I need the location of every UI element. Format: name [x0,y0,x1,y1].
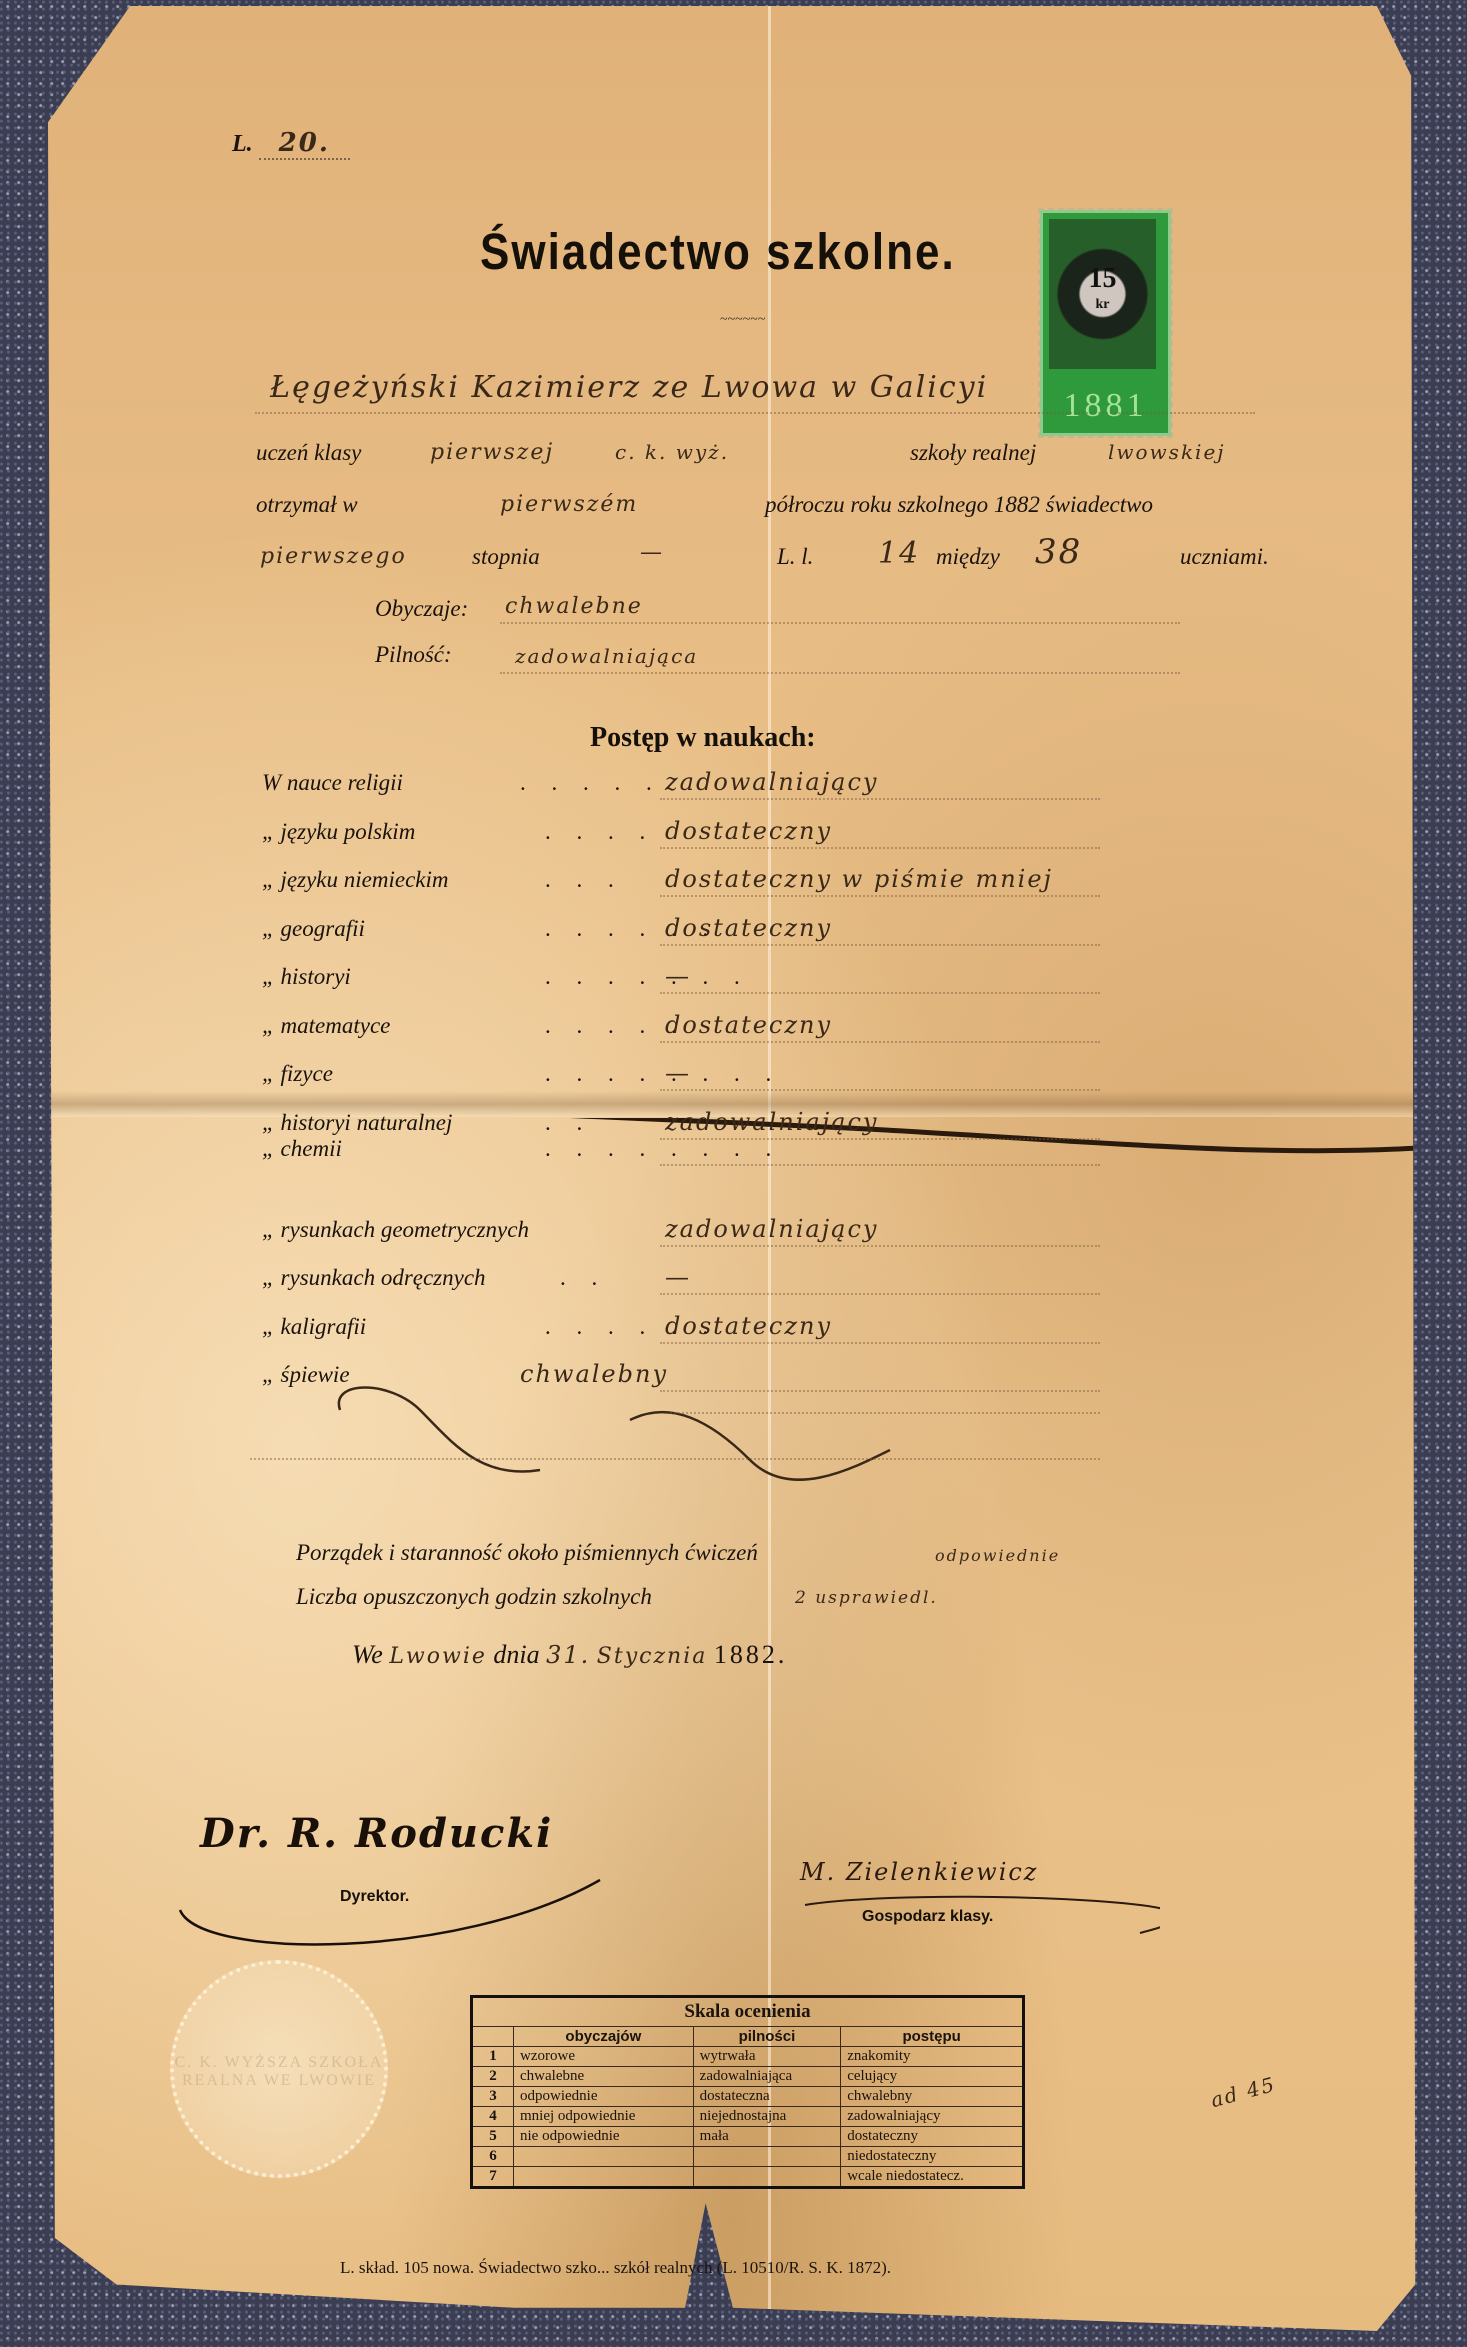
grading-scale-row: 2chwalebnezadowalniającacelujący [472,2067,1024,2087]
subject-grade: dostateczny [665,817,832,845]
scale-cell-conduct: nie odpowiednie [514,2127,694,2147]
dot-leader: . . . . [545,819,655,845]
subject-grade: dostateczny [665,1312,832,1340]
dotted-rule [250,1458,1100,1460]
subject-label: „ chemii [262,1136,342,1162]
scale-cell-diligence: zadowalniająca [693,2067,841,2087]
reference-label: L. [232,131,253,157]
grading-scale-row: 3odpowiedniedostatecznachwalebny [472,2087,1024,2107]
signature-flourish [160,1860,630,1970]
dot-leader: . . . . . . . . [545,1136,781,1162]
scale-cell-progress: chwalebny [841,2087,1024,2107]
stamp-year: 1881 [1043,387,1168,425]
scale-cell-num: 1 [472,2047,514,2067]
page-title: Świadectwo szkolne. [480,224,956,282]
subject-label: „ historyi naturalnej [262,1110,452,1136]
subject-label: „ geografii [262,916,365,942]
print-footer: L. skład. 105 nowa. Świadectwo szko... s… [340,2258,891,2278]
dotted-rule [670,1412,1100,1414]
scale-cell-progress: znakomity [841,2047,1024,2067]
scale-cell-conduct: mniej odpowiednie [514,2107,694,2127]
scale-cell-conduct: wzorowe [514,2047,694,2067]
title-divider: ~~~~~~ [720,312,765,328]
progress-column-header: postępu [841,2027,1024,2047]
degree-label: stopnia [472,544,540,570]
subject-grade: zadowalniający [665,768,878,796]
scale-cell-num: 6 [472,2147,514,2167]
subject-grade: dostateczny w piśmie mniej [665,865,1053,893]
subject-label: „ języku polskim [262,819,415,845]
students-label: uczniami. [1180,544,1269,570]
scale-cell-conduct [514,2147,694,2167]
missed-hours-label: Liczba opuszczonych godzin szkolnych [296,1584,652,1610]
dotted-rule [660,1342,1100,1344]
subject-grade: zadowalniający [665,1215,878,1243]
place-date: We Lwowie dnia 31. Stycznia 1882. [352,1640,787,1670]
scale-cell-progress: zadowalniający [841,2107,1024,2127]
subject-grade: — [665,1059,691,1087]
dotted-rule [660,1245,1100,1247]
subject-grade: zadowalniający [665,1108,878,1136]
dotted-rule [660,1293,1100,1295]
semester-value: pierwszém [500,492,638,517]
scale-cell-diligence: dostateczna [693,2087,841,2107]
order-neatness-label: Porządek i staranność około piśmiennych … [296,1540,758,1566]
subject-grade: — [665,1263,691,1291]
scale-cell-num: 4 [472,2107,514,2127]
student-name: Łęgeżyński Kazimierz ze Lwowa w Galicyi [270,370,988,405]
scale-cell-num: 2 [472,2067,514,2087]
degree-value: pierwszego [260,544,407,569]
dotted-rule [660,992,1100,994]
subject-label: „ historyi [262,964,351,990]
embossed-seal-icon: C. K. WYŻSZA SZKOŁA REALNA WE LWOWIE [170,1960,388,2178]
semester-label: półroczu roku szkolnego 1882 świadectwo [765,492,1153,518]
director-signature: Dr. R. Roducki [200,1810,553,1857]
scale-cell-diligence [693,2167,841,2188]
subject-grade: — [665,962,691,990]
conduct-label: Obyczaje: [375,596,468,622]
scale-cell-diligence: mała [693,2127,841,2147]
stamp-value: 15 [1049,263,1156,295]
order-neatness-value: odpowiednie [935,1546,1060,1565]
grading-scale-table: Skala ocenienia obyczajów pilności postę… [470,1995,1025,2189]
subject-label: „ języku niemieckim [262,867,448,893]
teacher-signature: M. Zielenkiewicz [800,1858,1038,1886]
scale-cell-progress: wcale niedostatecz. [841,2167,1024,2188]
reference-number: L. 20. [232,128,350,158]
diligence-value: zadowalniająca [515,644,698,668]
date-day: 31. [546,1641,590,1669]
dotted-rule [660,944,1100,946]
class-label: uczeń klasy [256,440,361,466]
dotted-rule [660,1164,1100,1166]
number-column-header [472,2027,514,2047]
dot-leader: . . . . . . . [545,964,750,990]
scale-cell-conduct: odpowiednie [514,2087,694,2107]
scale-cell-progress: dostateczny [841,2127,1024,2147]
dot-leader: . . [545,1110,592,1136]
school-city-value: lwowskiej [1108,440,1226,464]
scale-cell-progress: celujący [841,2067,1024,2087]
diligence-label: Pilność: [375,642,452,668]
grading-scale-row: 1wzorowewytrwałaznakomity [472,2047,1024,2067]
date-year: 1882. [714,1640,788,1669]
grading-scale-row: 5nie odpowiedniemaładostateczny [472,2127,1024,2147]
progress-heading: Postęp w naukach: [590,722,816,754]
dotted-rule [255,412,1255,414]
place-value: Lwowie [389,1644,487,1669]
subject-label: W nauce religii [262,770,403,796]
subject-label: „ kaligrafii [262,1314,366,1340]
dotted-rule [660,798,1100,800]
dot-leader: . . . . . . . . [545,1061,781,1087]
conduct-value: chwalebne [505,594,643,619]
dotted-rule [660,1089,1100,1091]
grading-scale-row: 6niedostateczny [472,2147,1024,2167]
dot-leader: . . [560,1265,607,1291]
missed-hours-value: 2 usprawiedl. [795,1588,938,1608]
date-label: dnia [493,1640,539,1669]
school-label: szkoły realnej [910,440,1036,466]
dot-leader: . . . . . [520,770,662,796]
subject-label: „ rysunkach geometrycznych [262,1217,529,1243]
school-type-value: c. k. wyż. [615,440,729,464]
scale-cell-progress: niedostateczny [841,2147,1024,2167]
dotted-rule [660,895,1100,897]
dotted-rule [660,847,1100,849]
stamp-emblem-icon: 15 kr [1049,219,1156,369]
subject-label: „ matematyce [262,1013,390,1039]
scale-cell-diligence: wytrwała [693,2047,841,2067]
revenue-stamp: 15 kr 1881 [1040,210,1171,436]
scale-cell-conduct: chwalebne [514,2067,694,2087]
grading-scale-row: 7wcale niedostatecz. [472,2167,1024,2188]
degree-dash: — [640,540,664,565]
vertical-fold [768,6,771,2331]
reference-value: 20. [259,128,350,160]
between-label: między [936,544,1000,570]
grading-scale-row: 4mniej odpowiednieniejednostajnazadowaln… [472,2107,1024,2127]
scale-cell-diligence: niejednostajna [693,2107,841,2127]
scale-cell-num: 3 [472,2087,514,2107]
dotted-rule [660,1041,1100,1043]
blank-flourish [330,1380,930,1490]
subject-grade: dostateczny [665,1011,832,1039]
total-students-value: 38 [1035,532,1082,572]
scale-cell-num: 5 [472,2127,514,2147]
dotted-rule [500,622,1180,624]
grading-scale-caption: Skala ocenienia [472,1997,1024,2027]
class-value: pierwszej [430,440,554,465]
rank-value: 14 [878,536,920,571]
teacher-title: Gospodarz klasy. [862,1908,993,1926]
conduct-column-header: obyczajów [514,2027,694,2047]
subject-label: „ rysunkach odręcznych [262,1265,486,1291]
scale-cell-num: 7 [472,2167,514,2188]
scale-cell-conduct [514,2167,694,2188]
date-month: Stycznia [597,1644,708,1669]
subject-label: „ fizyce [262,1061,333,1087]
place-prefix: We [352,1640,383,1669]
rank-label: L. l. [777,544,813,570]
dotted-rule [500,672,1180,674]
scale-cell-diligence [693,2147,841,2167]
director-title: Dyrektor. [340,1888,409,1906]
dot-leader: . . . [545,867,624,893]
stamp-unit: kr [1049,297,1156,313]
subject-grade: dostateczny [665,914,832,942]
received-label: otrzymał w [256,492,358,518]
seal-text: C. K. WYŻSZA SZKOŁA REALNA WE LWOWIE [174,2054,384,2090]
diligence-column-header: pilności [693,2027,841,2047]
